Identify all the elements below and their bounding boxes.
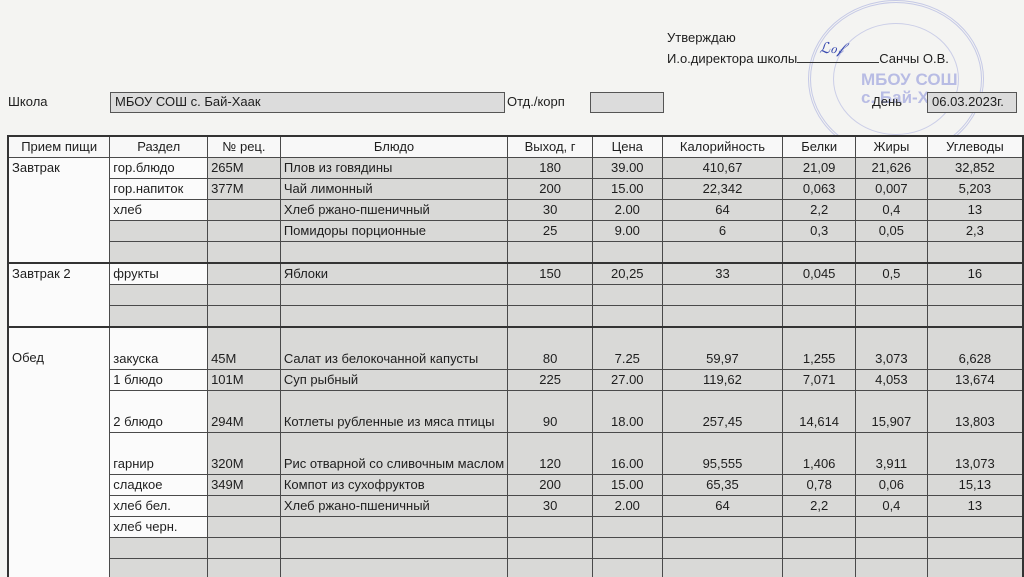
column-header-yield: Выход, г	[508, 136, 593, 158]
column-header-section: Раздел	[110, 136, 208, 158]
table-row: хлебХлеб ржано-пшеничный302.00642,20,413	[8, 200, 1023, 221]
yield-cell[interactable]	[508, 538, 593, 559]
section-cell[interactable]: гор.напиток	[110, 179, 208, 200]
day-field[interactable]: 06.03.2023г.	[927, 92, 1017, 113]
recipe-cell[interactable]: 101М	[208, 370, 281, 391]
carbs-cell[interactable]: 15,13	[927, 475, 1023, 496]
section-cell[interactable]: гарнир	[110, 433, 208, 475]
kcal-cell[interactable]: 64	[662, 200, 783, 221]
recipe-cell[interactable]: 349М	[208, 475, 281, 496]
fat-cell[interactable]	[856, 538, 928, 559]
price-cell[interactable]: 39.00	[592, 158, 662, 179]
price-cell[interactable]: 20,25	[592, 263, 662, 285]
fat-cell[interactable]	[856, 306, 928, 328]
protein-cell[interactable]	[783, 538, 856, 559]
recipe-cell[interactable]	[208, 496, 281, 517]
protein-cell[interactable]: 1,255	[783, 327, 856, 370]
signature-line: ℒℴ𝒻	[797, 48, 879, 63]
school-label: Школа	[8, 94, 48, 109]
yield-cell[interactable]	[508, 285, 593, 306]
carbs-cell[interactable]: 13	[927, 496, 1023, 517]
column-header-price: Цена	[592, 136, 662, 158]
protein-cell[interactable]: 0,78	[783, 475, 856, 496]
protein-cell[interactable]	[783, 285, 856, 306]
approval-name: Санчы О.В.	[879, 51, 949, 66]
recipe-cell[interactable]: 265М	[208, 158, 281, 179]
price-cell[interactable]: 18.00	[592, 391, 662, 433]
table-row: гарнир320МРис отварной со сливочным масл…	[8, 433, 1023, 475]
carbs-cell[interactable]	[927, 517, 1023, 538]
signature-icon: ℒℴ𝒻	[819, 38, 843, 58]
table-row	[8, 559, 1023, 577]
price-cell[interactable]	[592, 242, 662, 264]
price-cell[interactable]: 15.00	[592, 179, 662, 200]
yield-cell[interactable]: 225	[508, 370, 593, 391]
kcal-cell[interactable]: 22,342	[662, 179, 783, 200]
price-cell[interactable]	[592, 306, 662, 328]
carbs-cell[interactable]: 2,3	[927, 221, 1023, 242]
price-cell[interactable]: 27.00	[592, 370, 662, 391]
price-cell[interactable]	[592, 517, 662, 538]
carbs-cell[interactable]	[927, 285, 1023, 306]
carbs-cell[interactable]	[927, 559, 1023, 577]
fat-cell[interactable]	[856, 559, 928, 577]
table-row	[8, 242, 1023, 264]
carbs-cell[interactable]: 13,803	[927, 391, 1023, 433]
protein-cell[interactable]	[783, 559, 856, 577]
kcal-cell[interactable]: 59,97	[662, 327, 783, 370]
protein-cell[interactable]: 21,09	[783, 158, 856, 179]
yield-cell[interactable]	[508, 559, 593, 577]
fat-cell[interactable]: 0,007	[856, 179, 928, 200]
stamp-line-1: МБОУ СОШ	[861, 71, 958, 89]
yield-cell[interactable]	[508, 242, 593, 264]
kcal-cell[interactable]: 257,45	[662, 391, 783, 433]
protein-cell[interactable]: 0,045	[783, 263, 856, 285]
carbs-cell[interactable]	[927, 306, 1023, 328]
protein-cell[interactable]: 0,3	[783, 221, 856, 242]
yield-cell[interactable]: 200	[508, 475, 593, 496]
carbs-cell[interactable]: 13,674	[927, 370, 1023, 391]
yield-cell[interactable]	[508, 517, 593, 538]
kcal-cell[interactable]: 33	[662, 263, 783, 285]
price-cell[interactable]: 2.00	[592, 200, 662, 221]
day-label: День	[872, 94, 902, 109]
protein-cell[interactable]: 1,406	[783, 433, 856, 475]
meal-cell: Завтрак 2	[8, 263, 110, 327]
section-cell[interactable]: хлеб бел.	[110, 496, 208, 517]
dish-cell[interactable]: Суп рыбный	[280, 370, 507, 391]
fat-cell[interactable]: 0,4	[856, 496, 928, 517]
recipe-cell[interactable]	[208, 242, 281, 264]
price-cell[interactable]: 16.00	[592, 433, 662, 475]
table-row: сладкое349МКомпот из сухофруктов20015.00…	[8, 475, 1023, 496]
recipe-cell[interactable]	[208, 200, 281, 221]
fat-cell[interactable]: 0,06	[856, 475, 928, 496]
kcal-cell[interactable]: 65,35	[662, 475, 783, 496]
fat-cell[interactable]: 3,911	[856, 433, 928, 475]
dish-cell[interactable]: Плов из говядины	[280, 158, 507, 179]
fat-cell[interactable]	[856, 285, 928, 306]
dept-field[interactable]	[590, 92, 664, 113]
kcal-cell[interactable]	[662, 538, 783, 559]
yield-cell[interactable]	[508, 306, 593, 328]
section-cell[interactable]	[110, 559, 208, 577]
dish-cell[interactable]: Котлеты рубленные из мяса птицы	[280, 391, 507, 433]
protein-cell[interactable]	[783, 517, 856, 538]
section-cell[interactable]: фрукты	[110, 263, 208, 285]
recipe-cell[interactable]: 377М	[208, 179, 281, 200]
price-cell[interactable]: 2.00	[592, 496, 662, 517]
recipe-cell[interactable]	[208, 263, 281, 285]
fat-cell[interactable]: 0,4	[856, 200, 928, 221]
recipe-cell[interactable]: 320М	[208, 433, 281, 475]
fat-cell[interactable]: 0,05	[856, 221, 928, 242]
fat-cell[interactable]: 3,073	[856, 327, 928, 370]
protein-cell[interactable]: 2,2	[783, 496, 856, 517]
table-body: Завтракгор.блюдо265МПлов из говядины1803…	[8, 158, 1023, 577]
section-cell[interactable]: закуска	[110, 327, 208, 370]
dish-cell[interactable]	[280, 242, 507, 264]
approval-position: И.о.директора школы	[667, 51, 797, 66]
recipe-cell[interactable]	[208, 285, 281, 306]
price-cell[interactable]	[592, 538, 662, 559]
table-row	[8, 306, 1023, 328]
yield-cell[interactable]: 90	[508, 391, 593, 433]
table-header-row: Прием пищиРаздел№ рец.БлюдоВыход, гЦенаК…	[8, 136, 1023, 158]
section-cell[interactable]: 1 блюдо	[110, 370, 208, 391]
dish-cell[interactable]: Хлеб ржано-пшеничный	[280, 496, 507, 517]
column-header-fat: Жиры	[856, 136, 928, 158]
carbs-cell[interactable]: 5,203	[927, 179, 1023, 200]
fat-cell[interactable]: 15,907	[856, 391, 928, 433]
fat-cell[interactable]: 0,5	[856, 263, 928, 285]
recipe-cell[interactable]	[208, 221, 281, 242]
kcal-cell[interactable]: 410,67	[662, 158, 783, 179]
dish-cell[interactable]: Рис отварной со сливочным маслом	[280, 433, 507, 475]
dish-cell[interactable]: Чай лимонный	[280, 179, 507, 200]
price-cell[interactable]	[592, 559, 662, 577]
table-row	[8, 538, 1023, 559]
table-row: Обедзакуска45МСалат из белокочанной капу…	[8, 327, 1023, 370]
yield-cell[interactable]: 150	[508, 263, 593, 285]
approval-title: Утверждаю	[667, 28, 949, 48]
dish-cell[interactable]: Яблоки	[280, 263, 507, 285]
section-cell[interactable]: 2 блюдо	[110, 391, 208, 433]
yield-cell[interactable]: 30	[508, 496, 593, 517]
protein-cell[interactable]: 14,614	[783, 391, 856, 433]
dish-cell[interactable]	[280, 538, 507, 559]
column-header-kcal: Калорийность	[662, 136, 783, 158]
protein-cell[interactable]: 7,071	[783, 370, 856, 391]
dish-cell[interactable]	[280, 559, 507, 577]
recipe-cell[interactable]	[208, 517, 281, 538]
yield-cell[interactable]: 80	[508, 327, 593, 370]
protein-cell[interactable]	[783, 242, 856, 264]
dish-cell[interactable]: Компот из сухофруктов	[280, 475, 507, 496]
carbs-cell[interactable]: 16	[927, 263, 1023, 285]
kcal-cell[interactable]: 119,62	[662, 370, 783, 391]
protein-cell[interactable]: 0,063	[783, 179, 856, 200]
carbs-cell[interactable]: 13	[927, 200, 1023, 221]
carbs-cell[interactable]: 32,852	[927, 158, 1023, 179]
fat-cell[interactable]	[856, 242, 928, 264]
column-header-dish: Блюдо	[280, 136, 507, 158]
price-cell[interactable]: 15.00	[592, 475, 662, 496]
section-cell[interactable]: хлеб черн.	[110, 517, 208, 538]
fat-cell[interactable]	[856, 517, 928, 538]
price-cell[interactable]: 7.25	[592, 327, 662, 370]
dish-cell[interactable]	[280, 517, 507, 538]
yield-cell[interactable]: 180	[508, 158, 593, 179]
column-header-recipe: № рец.	[208, 136, 281, 158]
school-field[interactable]: МБОУ СОШ с. Бай-Хаак	[110, 92, 505, 113]
yield-cell[interactable]: 25	[508, 221, 593, 242]
carbs-cell[interactable]	[927, 538, 1023, 559]
section-cell[interactable]	[110, 242, 208, 264]
kcal-cell[interactable]	[662, 242, 783, 264]
section-cell[interactable]	[110, 285, 208, 306]
table-row: хлеб бел.Хлеб ржано-пшеничный302.00642,2…	[8, 496, 1023, 517]
column-header-protein: Белки	[783, 136, 856, 158]
section-cell[interactable]	[110, 306, 208, 328]
yield-cell[interactable]: 200	[508, 179, 593, 200]
dish-cell[interactable]: Помидоры порционные	[280, 221, 507, 242]
kcal-cell[interactable]	[662, 285, 783, 306]
section-cell[interactable]: сладкое	[110, 475, 208, 496]
table-row: Помидоры порционные259.0060,30,052,3	[8, 221, 1023, 242]
approval-block: Утверждаю И.о.директора школыℒℴ𝒻Санчы О.…	[667, 28, 949, 69]
price-cell[interactable]	[592, 285, 662, 306]
meal-cell: Обед	[8, 327, 110, 577]
fat-cell[interactable]: 21,626	[856, 158, 928, 179]
table-row	[8, 285, 1023, 306]
dish-cell[interactable]	[280, 306, 507, 328]
recipe-cell[interactable]	[208, 538, 281, 559]
price-cell[interactable]: 9.00	[592, 221, 662, 242]
kcal-cell[interactable]	[662, 559, 783, 577]
kcal-cell[interactable]: 6	[662, 221, 783, 242]
carbs-cell[interactable]: 13,073	[927, 433, 1023, 475]
dept-label: Отд./корп	[507, 94, 565, 109]
kcal-cell[interactable]	[662, 306, 783, 328]
table-row: гор.напиток377МЧай лимонный20015.0022,34…	[8, 179, 1023, 200]
fat-cell[interactable]: 4,053	[856, 370, 928, 391]
table-row: хлеб черн.	[8, 517, 1023, 538]
section-cell[interactable]: гор.блюдо	[110, 158, 208, 179]
recipe-cell[interactable]: 45М	[208, 327, 281, 370]
dish-cell[interactable]: Хлеб ржано-пшеничный	[280, 200, 507, 221]
table-row: Завтракгор.блюдо265МПлов из говядины1803…	[8, 158, 1023, 179]
table-row: 2 блюдо294МКотлеты рубленные из мяса пти…	[8, 391, 1023, 433]
section-cell[interactable]	[110, 221, 208, 242]
meal-cell: Завтрак	[8, 158, 110, 264]
kcal-cell[interactable]: 95,555	[662, 433, 783, 475]
table-row: Завтрак 2фруктыЯблоки15020,25330,0450,51…	[8, 263, 1023, 285]
recipe-cell[interactable]	[208, 559, 281, 577]
kcal-cell[interactable]: 64	[662, 496, 783, 517]
column-header-carbs: Углеводы	[927, 136, 1023, 158]
protein-cell[interactable]: 2,2	[783, 200, 856, 221]
carbs-cell[interactable]	[927, 242, 1023, 264]
column-header-meal: Прием пищи	[8, 136, 110, 158]
yield-cell[interactable]: 120	[508, 433, 593, 475]
section-cell[interactable]	[110, 538, 208, 559]
recipe-cell[interactable]	[208, 306, 281, 328]
kcal-cell[interactable]	[662, 517, 783, 538]
carbs-cell[interactable]: 6,628	[927, 327, 1023, 370]
dish-cell[interactable]: Салат из белокочанной капусты	[280, 327, 507, 370]
protein-cell[interactable]	[783, 306, 856, 328]
recipe-cell[interactable]: 294М	[208, 391, 281, 433]
dish-cell[interactable]	[280, 285, 507, 306]
table-row: 1 блюдо101МСуп рыбный22527.00119,627,071…	[8, 370, 1023, 391]
yield-cell[interactable]: 30	[508, 200, 593, 221]
section-cell[interactable]: хлеб	[110, 200, 208, 221]
menu-table: Прием пищиРаздел№ рец.БлюдоВыход, гЦенаК…	[7, 135, 1024, 577]
